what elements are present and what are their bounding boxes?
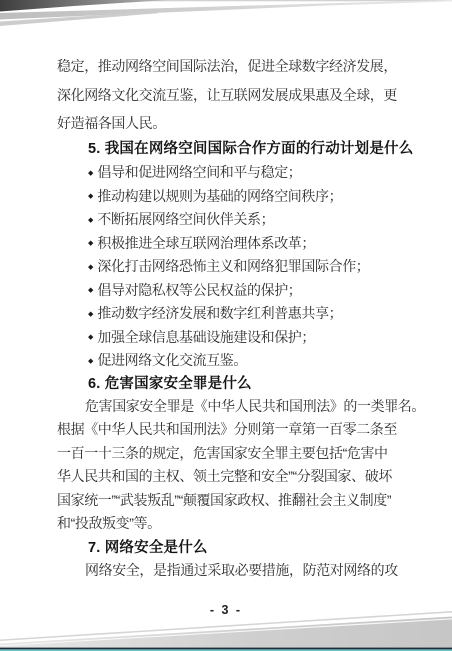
bullet-text: 促进网络文化交流互鉴。 xyxy=(97,352,247,368)
bullet-item: ◆倡导对隐私权等公民权益的保护； xyxy=(88,279,398,303)
section-7-paragraph: 网络安全，是指通过采取必要措施，防范对网络的攻 xyxy=(57,559,398,583)
section-7-heading: 7. 网络安全是什么 xyxy=(88,537,398,559)
bullet-text: 推动构建以规则为基础的网络空间秩序； xyxy=(97,188,342,204)
diamond-bullet-icon: ◆ xyxy=(88,303,93,326)
bullet-item: ◆深化打击网络恐怖主义和网络犯罪国际合作； xyxy=(88,255,398,279)
top-decoration xyxy=(0,0,452,30)
diamond-bullet-icon: ◆ xyxy=(88,279,93,302)
bullet-item: ◆促进网络文化交流互鉴。 xyxy=(88,349,398,373)
bullet-text: 不断拓展网络空间伙伴关系； xyxy=(97,211,274,227)
section-6-paragraph: 危害国家安全罪是《中华人民共和国刑法》的一类罪名。 根据《中华人民共和国刑法》分… xyxy=(57,395,398,536)
bullet-text: 推动数字经济发展和数字红利普惠共享； xyxy=(97,305,342,321)
bullet-text: 加强全球信息基础设施建设和保护； xyxy=(97,329,315,345)
booklet-page: 稳定，推动网络空间国际法治，促进全球数字经济发展， 深化网络文化交流互鉴，让互联… xyxy=(0,0,452,651)
section-5-heading: 5. 我国在网络空间国际合作方面的行动计划是什么 xyxy=(88,139,398,160)
bullet-text: 积极推进全球互联网治理体系改革； xyxy=(97,235,315,251)
intro-paragraph: 稳定，推动网络空间国际法治，促进全球数字经济发展， 深化网络文化交流互鉴，让互联… xyxy=(57,52,398,138)
footer-dark-line xyxy=(0,648,452,650)
diamond-bullet-icon: ◆ xyxy=(88,209,93,232)
bullet-text: 倡导和促进网络空间和平与稳定； xyxy=(97,164,301,180)
bullet-item: ◆推动数字经济发展和数字红利普惠共享； xyxy=(88,302,398,326)
bullet-text: 深化打击网络恐怖主义和网络犯罪国际合作； xyxy=(97,258,369,274)
text-column: 稳定，推动网络空间国际法治，促进全球数字经济发展， 深化网络文化交流互鉴，让互联… xyxy=(57,52,398,582)
bullet-text: 倡导对隐私权等公民权益的保护； xyxy=(97,282,301,298)
bullet-item: ◆倡导和促进网络空间和平与稳定； xyxy=(88,161,398,185)
section-6-heading: 6. 危害国家安全罪是什么 xyxy=(88,373,398,395)
section-5-bullet-list: ◆倡导和促进网络空间和平与稳定； ◆推动构建以规则为基础的网络空间秩序； ◆不断… xyxy=(57,161,398,373)
diamond-bullet-icon: ◆ xyxy=(88,326,93,349)
bullet-item: ◆积极推进全球互联网治理体系改革； xyxy=(88,232,398,256)
bullet-item: ◆推动构建以规则为基础的网络空间秩序； xyxy=(88,185,398,209)
diamond-bullet-icon: ◆ xyxy=(88,350,93,373)
bottom-decoration xyxy=(0,605,452,651)
diamond-bullet-icon: ◆ xyxy=(88,185,93,208)
diamond-bullet-icon: ◆ xyxy=(88,256,93,279)
bottom-band xyxy=(0,617,452,651)
diamond-bullet-icon: ◆ xyxy=(88,232,93,255)
bullet-item: ◆加强全球信息基础设施建设和保护； xyxy=(88,326,398,350)
diamond-bullet-icon: ◆ xyxy=(88,162,93,185)
bullet-item: ◆不断拓展网络空间伙伴关系； xyxy=(88,208,398,232)
